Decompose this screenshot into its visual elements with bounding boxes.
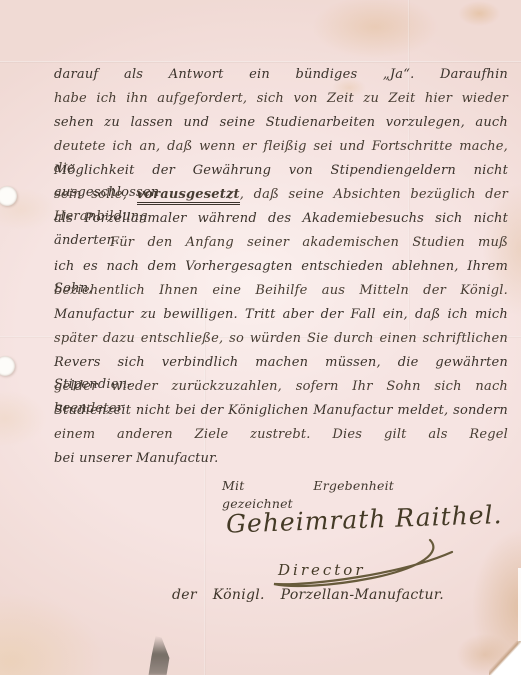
handwritten-line: Studienzeit nicht bei der Königlichen Ma… [54,400,508,424]
handwritten-line: darauf als Antwort ein bündiges „Ja“. Da… [54,64,508,88]
handwritten-line: als Porzellanmaler während des Akademieb… [54,208,508,232]
handwritten-line: ich es nach dem Vorhergesagten entschied… [54,256,508,280]
signer-title: Director [278,559,366,581]
handwritten-line: deutete ich an, daß wenn er fleißig sei … [54,136,508,160]
scanned-letter-page: darauf als Antwort ein bündiges „Ja“. Da… [0,0,521,675]
signature: Geheimrath Raithel. [225,497,436,544]
handwritten-line: später dazu entschließe, so würden Sie d… [54,328,508,352]
signer-organization: der Königl. Porzellan-Manufactur. [172,585,444,605]
handwritten-line: Manufactur zu bewilligen. Tritt aber der… [54,304,508,328]
handwritten-line: bei unserer Manufactur. [54,448,254,472]
handwritten-line: habe ich ihn aufgefordert, sich von Zeit… [54,88,508,112]
handwritten-line: einem anderen Ziele zustrebt. Dies gilt … [54,424,508,448]
handwritten-line: sehen zu lassen und seine Studienarbeite… [54,112,508,136]
clipped-corner [489,641,521,675]
handwritten-line-paragraph-indent: Für den Anfang seiner akademischen Studi… [110,232,508,256]
handwritten-line: Revers sich verbindlich machen müssen, d… [54,352,508,376]
underlined-word: vorausgesetzt [137,187,240,205]
handwritten-line: Möglichkeit der Gewährung von Stipendien… [54,160,508,184]
handwritten-line: gelder wieder zurückzuzahlen, sofern Ihr… [54,376,508,400]
handwritten-line-with-underline: sein solle, vorausgesetzt, daß seine Abs… [54,184,508,208]
handwritten-line: beziehentlich Ihnen eine Beihilfe aus Mi… [54,280,508,304]
